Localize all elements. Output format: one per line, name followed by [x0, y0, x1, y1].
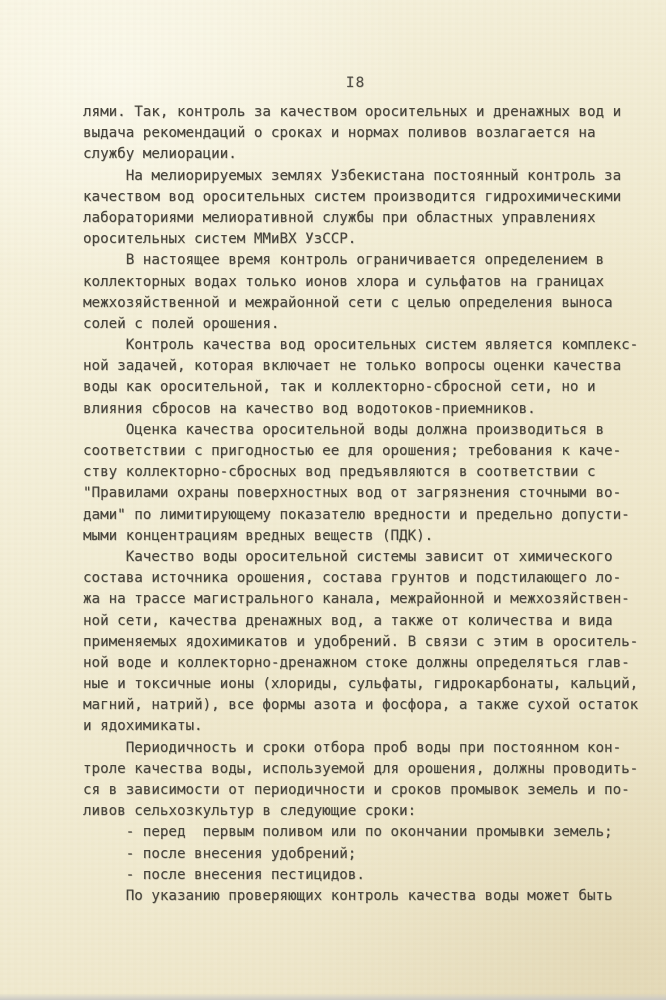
text-line: В настоящее время контроль ограничиваетс…	[83, 250, 643, 271]
text-line: ливов сельхозкультур в следующие сроки:	[83, 801, 643, 822]
text-line: Оценка качества оросительной воды должна…	[83, 420, 643, 441]
text-line: межхозяйственной и межрайонной сети с це…	[83, 293, 643, 314]
text-line: и ядохимикаты.	[83, 716, 643, 737]
text-line: ные и токсичные ионы (хлориды, сульфаты,…	[83, 674, 643, 695]
text-line: качеством вод оросительных систем произв…	[83, 187, 643, 208]
text-line: влияния сбросов на качество вод водотоко…	[83, 399, 643, 420]
text-line: воды как оросительной, так и коллекторно…	[83, 377, 643, 398]
page-number: I8	[83, 74, 628, 91]
scanned-document-page: I8 лями. Так, контроль за качеством орос…	[0, 0, 666, 1000]
text-line: ной сети, качества дренажных вод, а такж…	[83, 611, 643, 632]
text-line: состава источника орошения, состава грун…	[83, 568, 643, 589]
text-line: выдача рекомендаций о сроках и нормах по…	[83, 123, 643, 144]
text-line: соответствии с пригодностью ее для ороше…	[83, 441, 643, 462]
text-line: ной воде и коллекторно-дренажном стоке д…	[83, 653, 643, 674]
text-line: На мелиорируемых землях Узбекистана пост…	[83, 166, 643, 187]
text-line: ся в зависимости от периодичности и срок…	[83, 780, 643, 801]
text-line: мыми концентрациям вредных веществ (ПДК)…	[83, 526, 643, 547]
text-line: оросительных систем ММиВХ УзССР.	[83, 229, 643, 250]
text-line: "Правилами охраны поверхностных вод от з…	[83, 483, 643, 504]
text-line: Качество воды оросительной системы завис…	[83, 547, 643, 568]
text-line: ной задачей, которая включает не только …	[83, 356, 643, 377]
scan-edge	[0, 994, 666, 1000]
text-line: применяемых ядохимикатов и удобрений. В …	[83, 632, 643, 653]
text-line: жа на трассе магистрального канала, межр…	[83, 589, 643, 610]
text-line: магний, натрий), все формы азота и фосфо…	[83, 695, 643, 716]
text-line: Периодичность и сроки отбора проб воды п…	[83, 738, 643, 759]
text-line: троле качества воды, используемой для ор…	[83, 759, 643, 780]
text-line: лями. Так, контроль за качеством оросите…	[83, 102, 643, 123]
text-line: Контроль качества вод оросительных систе…	[83, 335, 643, 356]
text-line: - перед первым поливом или по окончании …	[83, 822, 643, 843]
text-line: - после внесения пестицидов.	[83, 865, 643, 886]
text-line: - после внесения удобрений;	[83, 844, 643, 865]
text-line: По указанию проверяющих контроль качеств…	[83, 886, 643, 907]
text-line: солей с полей орошения.	[83, 314, 643, 335]
text-line: ству коллекторно-сбросных вод предъявляю…	[83, 462, 643, 483]
text-line: службу мелиорации.	[83, 144, 643, 165]
text-line: дами" по лимитирующему показателю вредно…	[83, 505, 643, 526]
text-line: лабораториями мелиоративной службы при о…	[83, 208, 643, 229]
typewritten-text-block: лями. Так, контроль за качеством оросите…	[83, 102, 643, 907]
text-line: коллекторных водах только ионов хлора и …	[83, 272, 643, 293]
